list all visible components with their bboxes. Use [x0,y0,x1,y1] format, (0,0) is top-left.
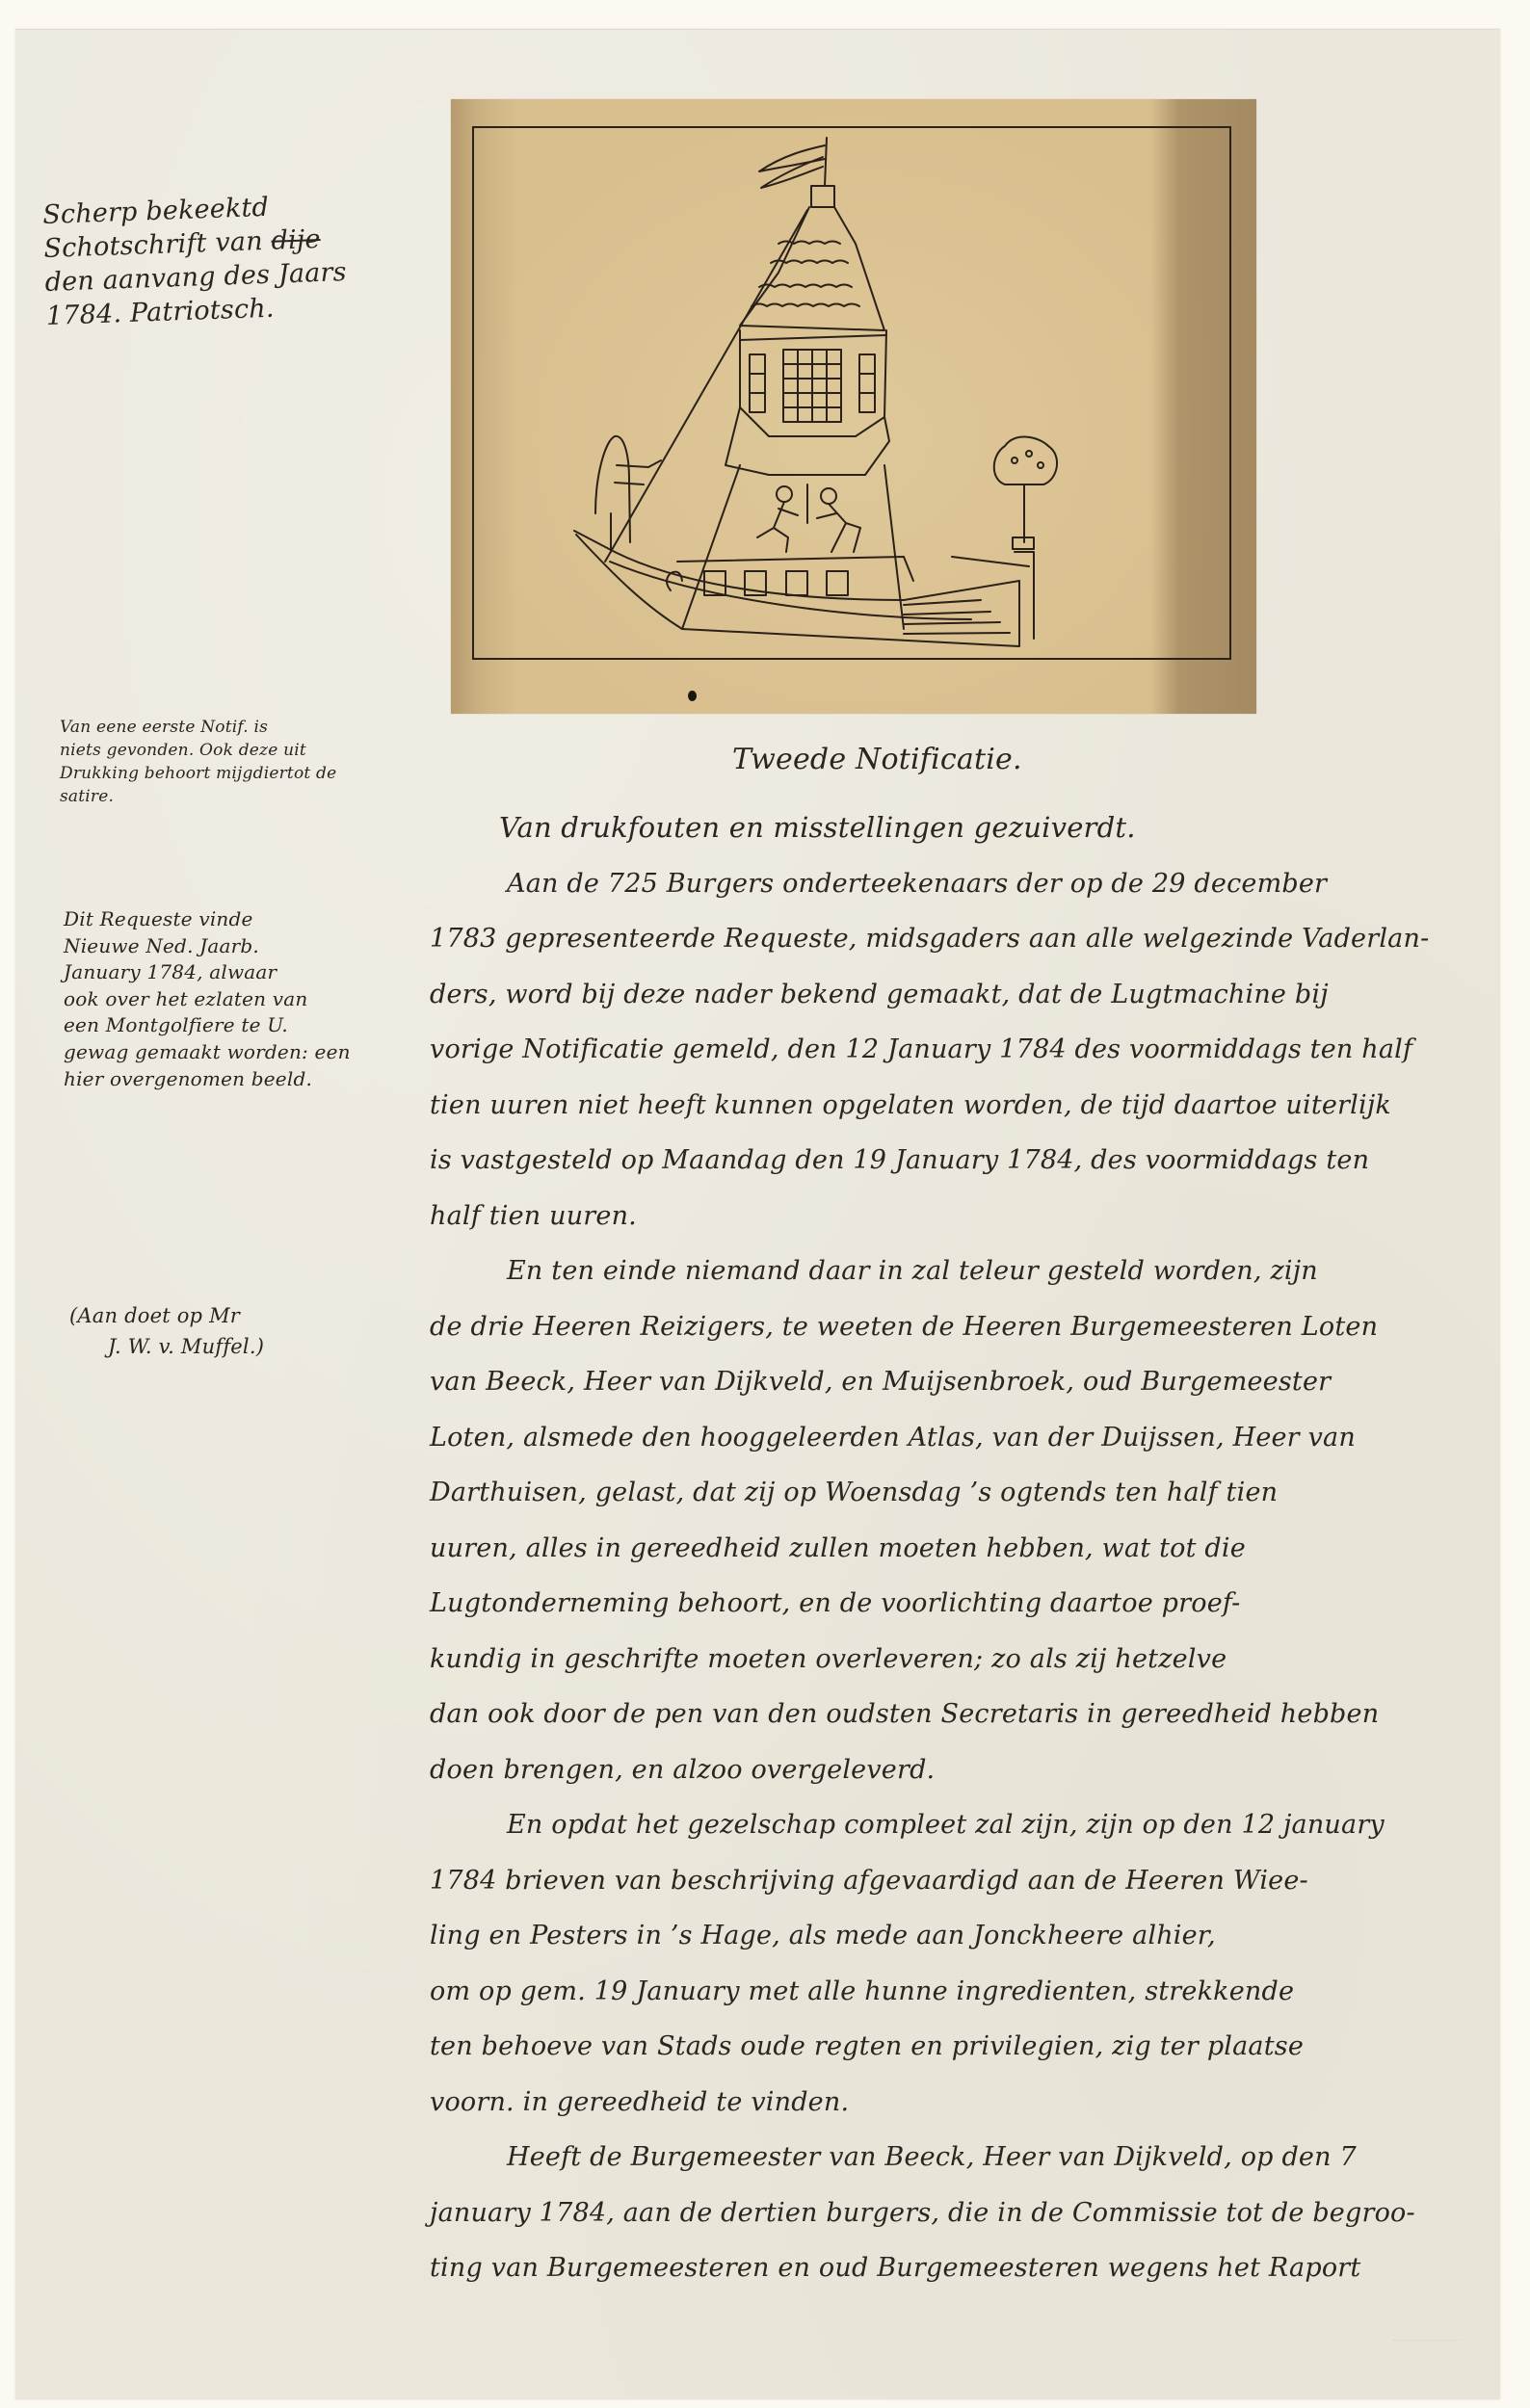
manuscript-page: Scherp bekeektd Schotschrift van dije de… [15,29,1500,2399]
pin-hole [688,691,697,701]
margin-note-line: J. W. v. Muffel.) [69,1332,339,1363]
margin-note-line: (Aan doet op Mr [69,1301,339,1332]
body-text: Van drukfouten en misstellingen gezuiver… [430,800,1499,2296]
margin-note-line: satire. [60,785,392,808]
text-line: vorige Notificatie gemeld, den 12 Januar… [430,1022,1499,1078]
text-line: ting van Burgemeesteren en oud Burgemees… [430,2240,1499,2296]
mounted-drawing [451,99,1256,714]
ship-tower-drawing-icon [451,99,1256,714]
text-line: van Beeck, Heer van Dijkveld, en Muijsen… [430,1354,1499,1410]
text-line: doen brengen, en alzoo overgeleverd. [430,1742,1499,1798]
margin-note-line: een Montgolfiere te U. [64,1012,372,1039]
margin-note-line: Dit Requeste vinde [64,906,372,933]
margin-note-line: ook over het ezlaten van [64,986,372,1013]
struck-word: dije [271,224,321,256]
text-line: de drie Heeren Reizigers, te weeten de H… [430,1299,1499,1355]
text-line: Heeft de Burgemeester van Beeck, Heer va… [430,2130,1499,2186]
text-line: dan ook door de pen van den oudsten Secr… [430,1687,1499,1742]
text-line: ders, word bij deze nader bekend gemaakt… [430,967,1499,1023]
margin-note-line: Drukking behoort mijgdiertot de [60,762,392,785]
text-line: voorn. in gereedheid te vinden. [430,2075,1499,2131]
margin-note-1: Van eene eerste Notif. is niets gevonden… [60,716,392,809]
margin-note-title: Scherp bekeektd Schotschrift van dije de… [42,185,433,333]
text-line: 1784 brieven van beschrijving afgevaardi… [430,1853,1499,1909]
margin-note-line: Nieuwe Ned. Jaarb. [64,933,372,960]
faint-pencil-mark [1393,2313,1461,2341]
text-line: En ten einde niemand daar in zal teleur … [430,1243,1499,1299]
margin-note-line: Van eene eerste Notif. is [60,716,392,739]
text-line: tien uuren niet heeft kunnen opgelaten w… [430,1078,1499,1134]
text-line: january 1784, aan de dertien burgers, di… [430,2186,1499,2241]
margin-note-line: January 1784, alwaar [64,959,372,986]
text-line: Loten, alsmede den hooggeleerden Atlas, … [430,1410,1499,1466]
text-line: Lugtonderneming behoort, en de voorlicht… [430,1576,1499,1632]
text-line: En opdat het gezelschap compleet zal zij… [430,1797,1499,1853]
text-line: Aan de 725 Burgers onderteekenaars der o… [430,856,1499,912]
margin-note-line: gewag gemaakt worden: een [64,1039,372,1066]
text-line: ten behoeve van Stads oude regten en pri… [430,2019,1499,2075]
document-title: Tweede Notificatie. [732,743,1022,776]
margin-note-3: (Aan doet op Mr J. W. v. Muffel.) [69,1301,339,1362]
text-line: Darthuisen, gelast, dat zij op Woensdag … [430,1465,1499,1521]
text-line: is vastgesteld op Maandag den 19 January… [430,1133,1499,1189]
margin-note-2: Dit Requeste vinde Nieuwe Ned. Jaarb. Ja… [64,906,372,1092]
margin-note-line: niets gevonden. Ook deze uit [60,739,392,762]
text-line: ling en Pesters in ’s Hage, als mede aan… [430,1908,1499,1964]
text-line: uuren, alles in gereedheid zullen moeten… [430,1521,1499,1577]
subheading: Van drukfouten en misstellingen gezuiver… [430,800,1499,856]
margin-note-line: hier overgenomen beeld. [64,1066,372,1093]
text-line: 1783 gepresenteerde Requeste, midsgaders… [430,911,1499,967]
text-line: om op gem. 19 January met alle hunne ing… [430,1964,1499,2020]
text-line: half tien uuren. [430,1189,1499,1244]
text-line: kundig in geschrifte moeten overleveren;… [430,1632,1499,1688]
